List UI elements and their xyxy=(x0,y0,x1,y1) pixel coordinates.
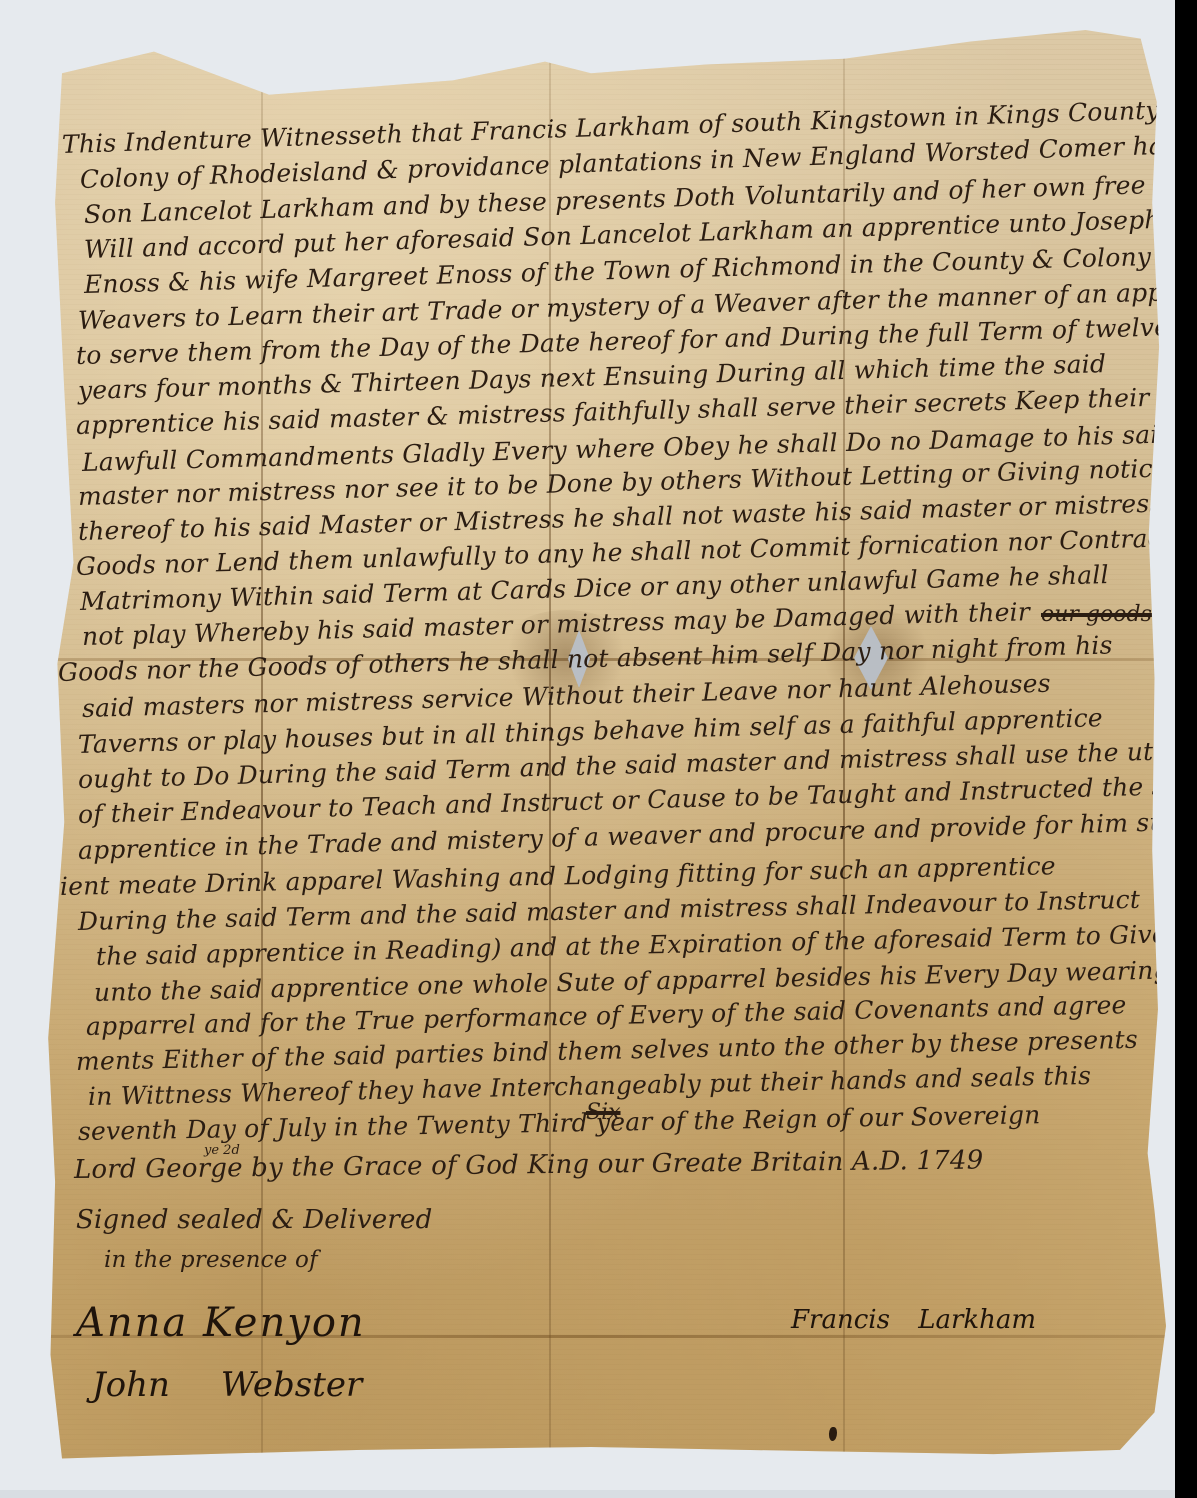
ink-blot xyxy=(829,1427,837,1441)
witness-signature-2: John Webster xyxy=(92,1365,362,1405)
photo-background-right xyxy=(1175,0,1197,1498)
signatory-signature: Francis Larkham xyxy=(791,1305,1036,1335)
photo-background-bottom xyxy=(0,1490,1197,1498)
attestation-presence: in the presence of xyxy=(104,1247,318,1273)
witness-signature-1: Anna Kenyon xyxy=(76,1300,366,1346)
margin-note: non xyxy=(18,666,52,687)
struck-text: Six xyxy=(586,1100,621,1125)
document-paper: This Indenture Witnesseth that Francis L… xyxy=(16,30,1166,1470)
struck-text: our goods xyxy=(1041,602,1152,627)
attestation-signed-sealed: Signed sealed & Delivered xyxy=(76,1205,432,1235)
